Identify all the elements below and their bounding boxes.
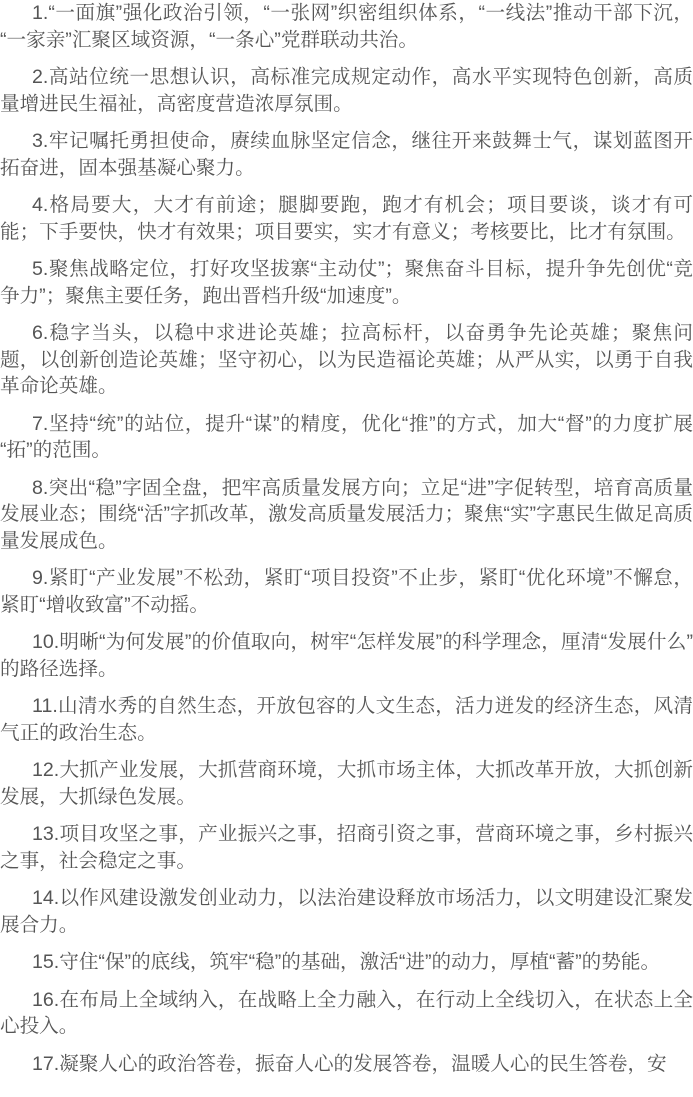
paragraph-6: 6.稳字当头，以稳中求进论英雄；拉高标杆，以奋勇争先论英雄；聚焦问题，以创新创造…	[0, 320, 693, 400]
paragraph-14: 14.以作风建设激发创业动力，以法治建设释放市场活力，以文明建设汇聚发展合力。	[0, 885, 693, 938]
paragraph-16: 16.在布局上全域纳入，在战略上全力融入，在行动上全线切入，在状态上全心投入。	[0, 987, 693, 1040]
paragraph-15: 15.守住“保”的底线，筑牢“稳”的基础，激活“进”的动力，厚植“蓄”的势能。	[0, 949, 693, 976]
paragraph-12: 12.大抓产业发展，大抓营商环境，大抓市场主体，大抓改革开放，大抓创新发展，大抓…	[0, 757, 693, 810]
article-body: 1.“一面旗”强化政治引领，“一张网”织密组织体系，“一线法”推动干部下沉，“一…	[0, 0, 693, 1097]
paragraph-10: 10.明晰“为何发展”的价值取向，树牢“怎样发展”的科学理念，厘清“发展什么”的…	[0, 629, 693, 682]
paragraph-1: 1.“一面旗”强化政治引领，“一张网”织密组织体系，“一线法”推动干部下沉，“一…	[0, 0, 693, 53]
paragraph-4: 4.格局要大，大才有前途；腿脚要跑，跑才有机会；项目要谈，谈才有可能；下手要快，…	[0, 192, 693, 245]
paragraph-8: 8.突出“稳”字固全盘，把牢高质量发展方向；立足“进”字促转型，培育高质量发展业…	[0, 475, 693, 555]
paragraph-17-truncated: 17.凝聚人心的政治答卷，振奋人心的发展答卷，温暖人心的民生答卷，安	[0, 1051, 693, 1078]
paragraph-7: 7.坚持“统”的站位，提升“谋”的精度，优化“推”的方式，加大“督”的力度扩展“…	[0, 411, 693, 464]
paragraph-9: 9.紧盯“产业发展”不松劲，紧盯“项目投资”不止步，紧盯“优化环境”不懈怠，紧盯…	[0, 565, 693, 618]
paragraph-3: 3.牢记嘱托勇担使命，赓续血脉坚定信念，继往开来鼓舞士气，谋划蓝图开拓奋进，固本…	[0, 128, 693, 181]
paragraph-2: 2.高站位统一思想认识，高标准完成规定动作，高水平实现特色创新，高质量增进民生福…	[0, 64, 693, 117]
paragraph-5: 5.聚焦战略定位，打好攻坚拔寨“主动仗”；聚焦奋斗目标，提升争先创优“竞争力”；…	[0, 256, 693, 309]
paragraph-13: 13.项目攻坚之事，产业振兴之事，招商引资之事，营商环境之事，乡村振兴之事，社会…	[0, 821, 693, 874]
paragraph-11: 11.山清水秀的自然生态，开放包容的人文生态，活力迸发的经济生态，风清气正的政治…	[0, 693, 693, 746]
